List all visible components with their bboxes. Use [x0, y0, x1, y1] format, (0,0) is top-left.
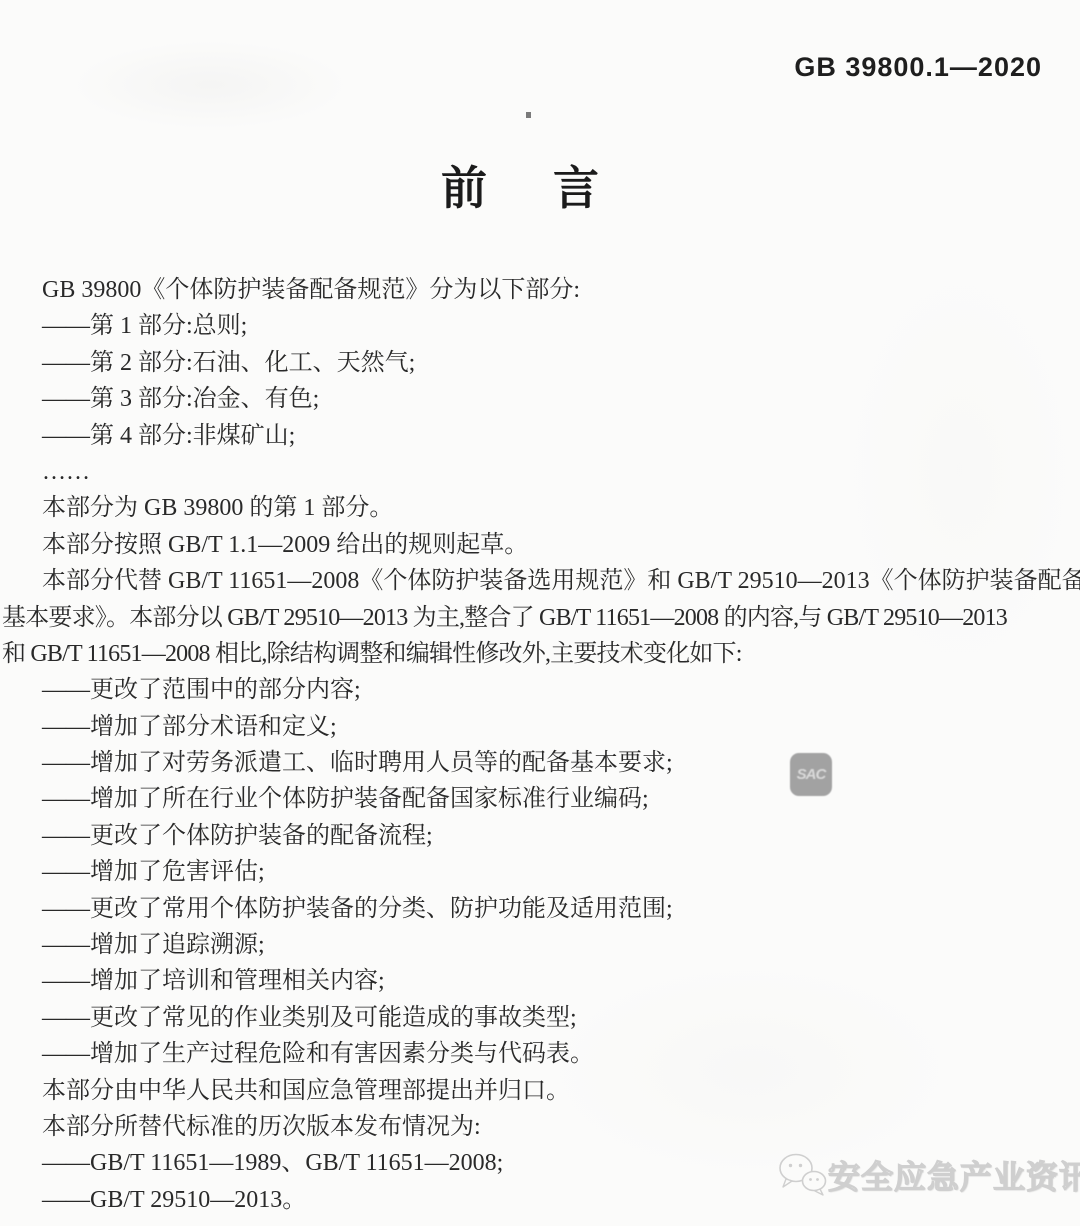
text-line: ——更改了常用个体防护装备的分类、防护功能及适用范围;	[42, 891, 1068, 927]
scanned-standard-page: GB 39800.1—2020 前 言 GB 39800《个体防护装备配备规范》…	[0, 0, 1080, 1226]
wechat-chat-bubbles-icon	[776, 1150, 828, 1200]
text-line: ——第 3 部分:冶金、有色;	[42, 381, 1068, 417]
scan-speck	[526, 112, 531, 118]
scan-smudge	[70, 40, 350, 130]
text-line: ——增加了部分术语和定义;	[42, 709, 1068, 745]
page-title: 前 言	[0, 152, 1050, 218]
text-line: ……	[42, 454, 1068, 490]
sac-stamp-watermark: SAC	[790, 753, 832, 796]
text-line: ——增加了对劳务派遣工、临时聘用人员等的配备基本要求;	[42, 745, 1068, 781]
text-line: 基本要求》。本部分以 GB/T 29510—2013 为主,整合了 GB/T 1…	[2, 600, 1068, 636]
text-line: ——增加了追踪溯源;	[42, 927, 1068, 963]
text-line: 本部分所替代标准的历次版本发布情况为:	[42, 1109, 1068, 1145]
text-line: 本部分代替 GB/T 11651—2008《个体防护装备选用规范》和 GB/T …	[42, 563, 1068, 599]
text-line: 本部分由中华人民共和国应急管理部提出并归口。	[42, 1073, 1068, 1109]
text-line: 本部分为 GB 39800 的第 1 部分。	[42, 490, 1068, 526]
text-line: ——第 1 部分:总则;	[42, 308, 1068, 344]
text-line: 本部分按照 GB/T 1.1—2009 给出的规则起草。	[42, 527, 1068, 563]
text-line: GB 39800《个体防护装备配备规范》分为以下部分:	[42, 272, 1068, 308]
text-line: ——第 4 部分:非煤矿山;	[42, 418, 1068, 454]
standard-code-header: GB 39800.1—2020	[794, 52, 1042, 83]
text-line: 和 GB/T 11651—2008 相比,除结构调整和编辑性修改外,主要技术变化…	[2, 636, 1068, 672]
text-line: ——更改了常见的作业类别及可能造成的事故类型;	[42, 1000, 1068, 1036]
text-line: ——增加了所在行业个体防护装备配备国家标准行业编码;	[42, 781, 1068, 817]
sac-stamp-label: SAC	[797, 766, 826, 783]
wechat-watermark: 安全应急产业资讯	[776, 1150, 1080, 1200]
text-line: ——更改了个体防护装备的配备流程;	[42, 818, 1068, 854]
text-line: ——更改了范围中的部分内容;	[42, 672, 1068, 708]
text-line: ——增加了培训和管理相关内容;	[42, 963, 1068, 999]
foreword-body: GB 39800《个体防护装备配备规范》分为以下部分:——第 1 部分:总则;—…	[0, 272, 1068, 1218]
watermark-text: 安全应急产业资讯	[828, 1152, 1080, 1198]
text-line: ——增加了生产过程危险和有害因素分类与代码表。	[42, 1036, 1068, 1072]
text-line: ——增加了危害评估;	[42, 854, 1068, 890]
text-line: ——第 2 部分:石油、化工、天然气;	[42, 345, 1068, 381]
